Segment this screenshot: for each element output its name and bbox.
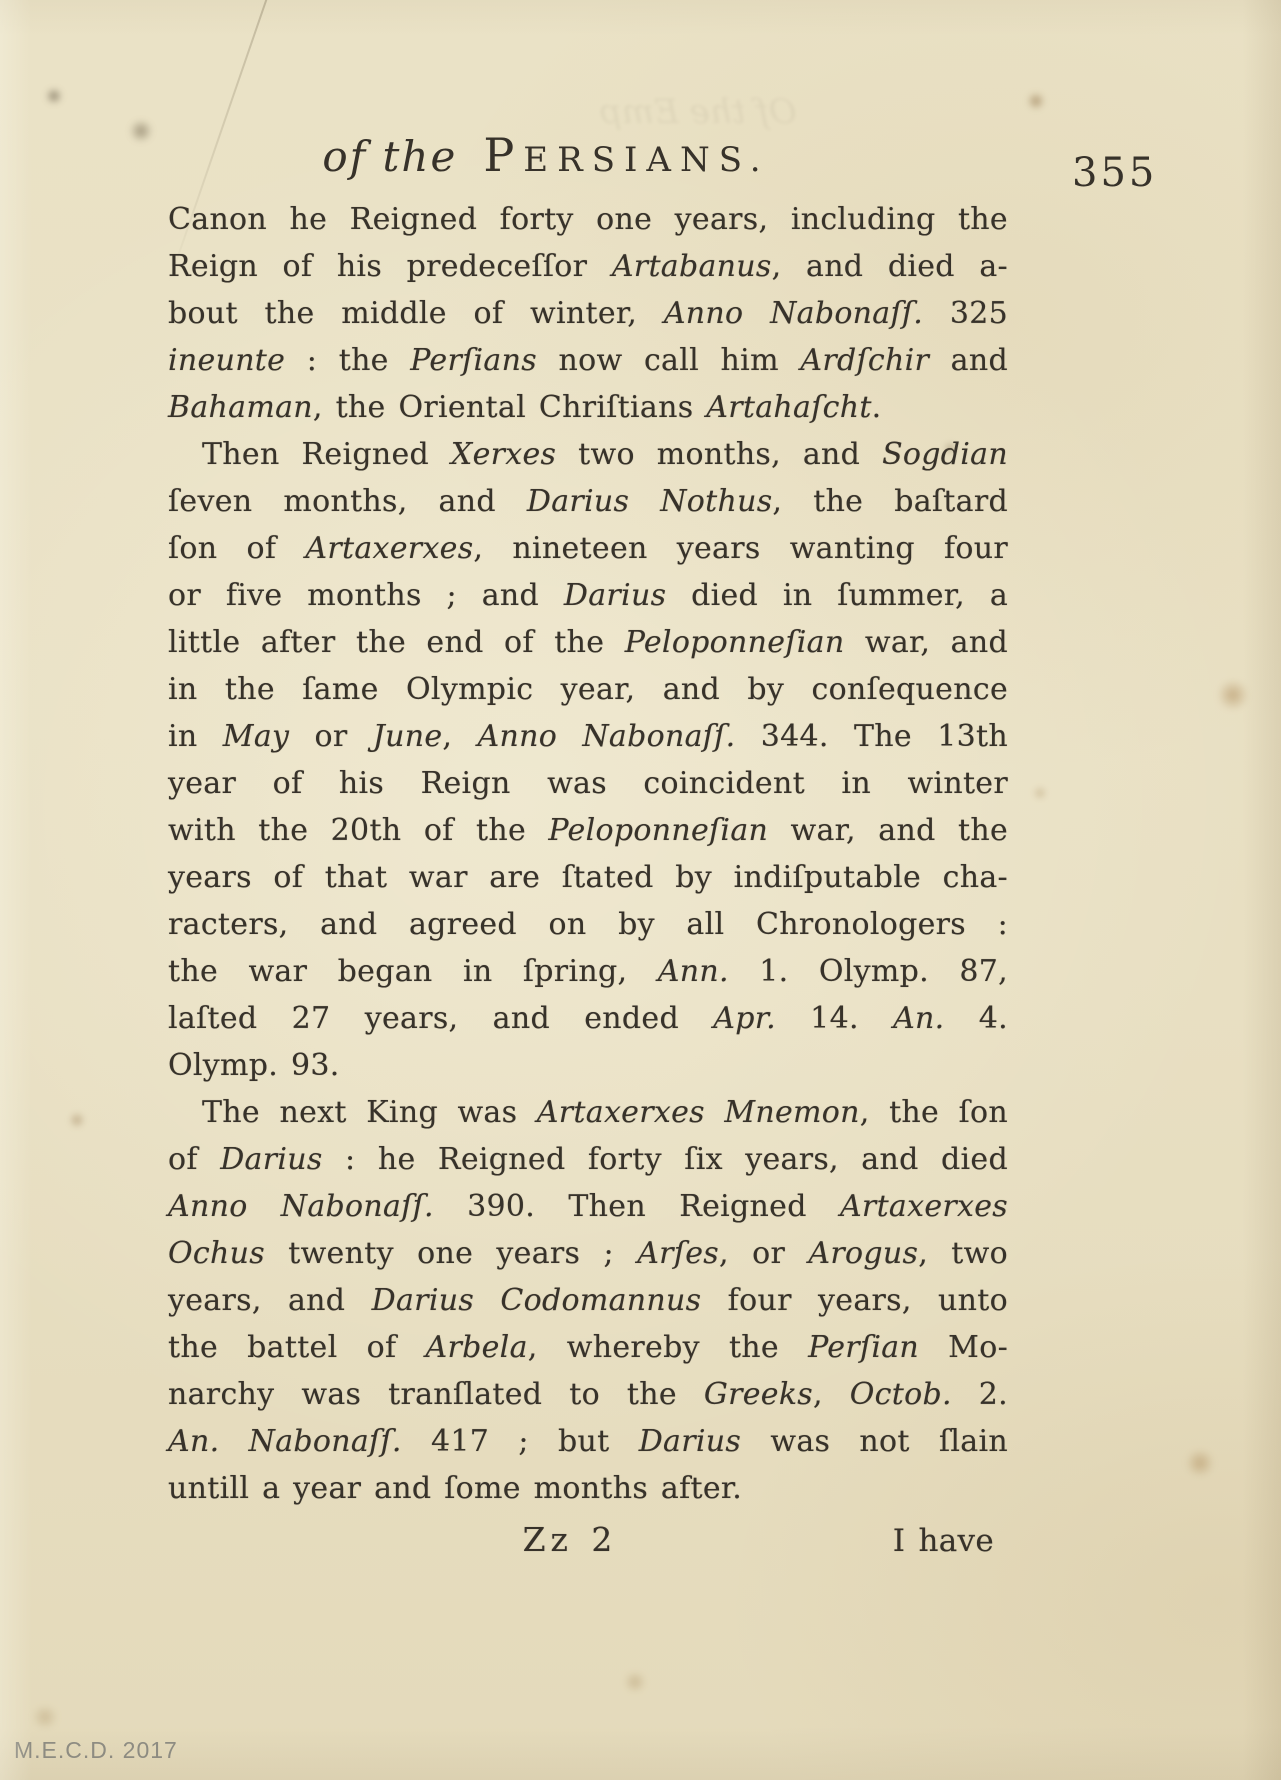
text-line: narchy was tranſlated to the Greeks, Oct… [168, 1371, 1008, 1418]
text-line: Ochus twenty one years ; Arſes, or Arogu… [168, 1230, 1008, 1277]
text-line: The next King was Artaxerxes Mnemon, the… [168, 1089, 1008, 1136]
text-line: little after the end of the Peloponneſia… [168, 619, 1008, 666]
signature-mark: Zz 2 [523, 1516, 618, 1563]
text-line: years of that war are ſtated by indiſput… [168, 854, 1008, 901]
text-line: ineunte : the Perſians now call him Ardſ… [168, 337, 1008, 384]
foxing-spot [68, 1112, 86, 1128]
book-page: Of the Emp of thePERSIANS. 355 Canon he … [0, 0, 1281, 1780]
show-through-ghost: Of the Emp [600, 92, 797, 132]
text-line: Canon he Reigned forty one years, includ… [168, 196, 1008, 243]
text-line: laſted 27 years, and ended Apr. 14. An. … [168, 995, 1008, 1042]
catchword: I have [635, 1518, 1008, 1565]
text-line: racters, and agreed on by all Chronologe… [168, 901, 1008, 948]
text-line: bout the middle of winter, Anno Nabonaſſ… [168, 290, 1008, 337]
foxing-spot [44, 88, 64, 104]
text-line: of Darius : he Reigned forty ſix years, … [168, 1136, 1008, 1183]
foxing-spot [1216, 680, 1250, 710]
text-line: Reign of his predeceſſor Artabanus, and … [168, 243, 1008, 290]
title-cap-initial: P [483, 128, 523, 182]
title-cap-rest: ERSIANS. [523, 140, 769, 180]
foxing-spot [128, 120, 154, 142]
text-line: Olymp. 93. [168, 1042, 1008, 1089]
text-line: the battel of Arbela, whereby the Perſia… [168, 1324, 1008, 1371]
page-title: of thePERSIANS. [322, 128, 769, 182]
foxing-spot [622, 1672, 648, 1692]
text-line: Anno Nabonaſſ. 390. Then Reigned Artaxer… [168, 1183, 1008, 1230]
text-line: Bahaman, the Oriental Chriſtians Artahaſ… [168, 384, 1008, 431]
running-header: of thePERSIANS. [168, 128, 1008, 182]
text-line: in May or June, Anno Nabonaſſ. 344. The … [168, 713, 1008, 760]
text-line: ſeven months, and Darius Nothus, the baſ… [168, 478, 1008, 525]
text-line: ſon of Artaxerxes, nineteen years wantin… [168, 525, 1008, 572]
text-line: An. Nabonaſſ. 417 ; but Darius was not ſ… [168, 1418, 1008, 1465]
text-line: the war began in ſpring, Ann. 1. Olymp. … [168, 948, 1008, 995]
text-line: or five months ; and Darius died in ſumm… [168, 572, 1008, 619]
text-line: with the 20th of the Peloponneſian war, … [168, 807, 1008, 854]
text-line: year of his Reign was coincident in wint… [168, 760, 1008, 807]
page-number: 355 [1072, 150, 1157, 196]
signature-row: Zz 2 I have [168, 1516, 1008, 1565]
text-line: in the ſame Olympic year, and by conſequ… [168, 666, 1008, 713]
text-line: years, and Darius Codomannus four years,… [168, 1277, 1008, 1324]
body-text: Canon he Reigned forty one years, includ… [168, 196, 1008, 1565]
title-italic-part: of the [322, 132, 457, 181]
foxing-spot [1026, 92, 1046, 110]
text-line: untill a year and ſome months after. [168, 1465, 1008, 1512]
foxing-spot [1032, 786, 1048, 800]
text-line: Then Reigned Xerxes two months, and Sogd… [168, 431, 1008, 478]
foxing-spot [1184, 1450, 1216, 1476]
foxing-spot [30, 1706, 60, 1728]
watermark-text: M.E.C.D. 2017 [14, 1737, 178, 1764]
